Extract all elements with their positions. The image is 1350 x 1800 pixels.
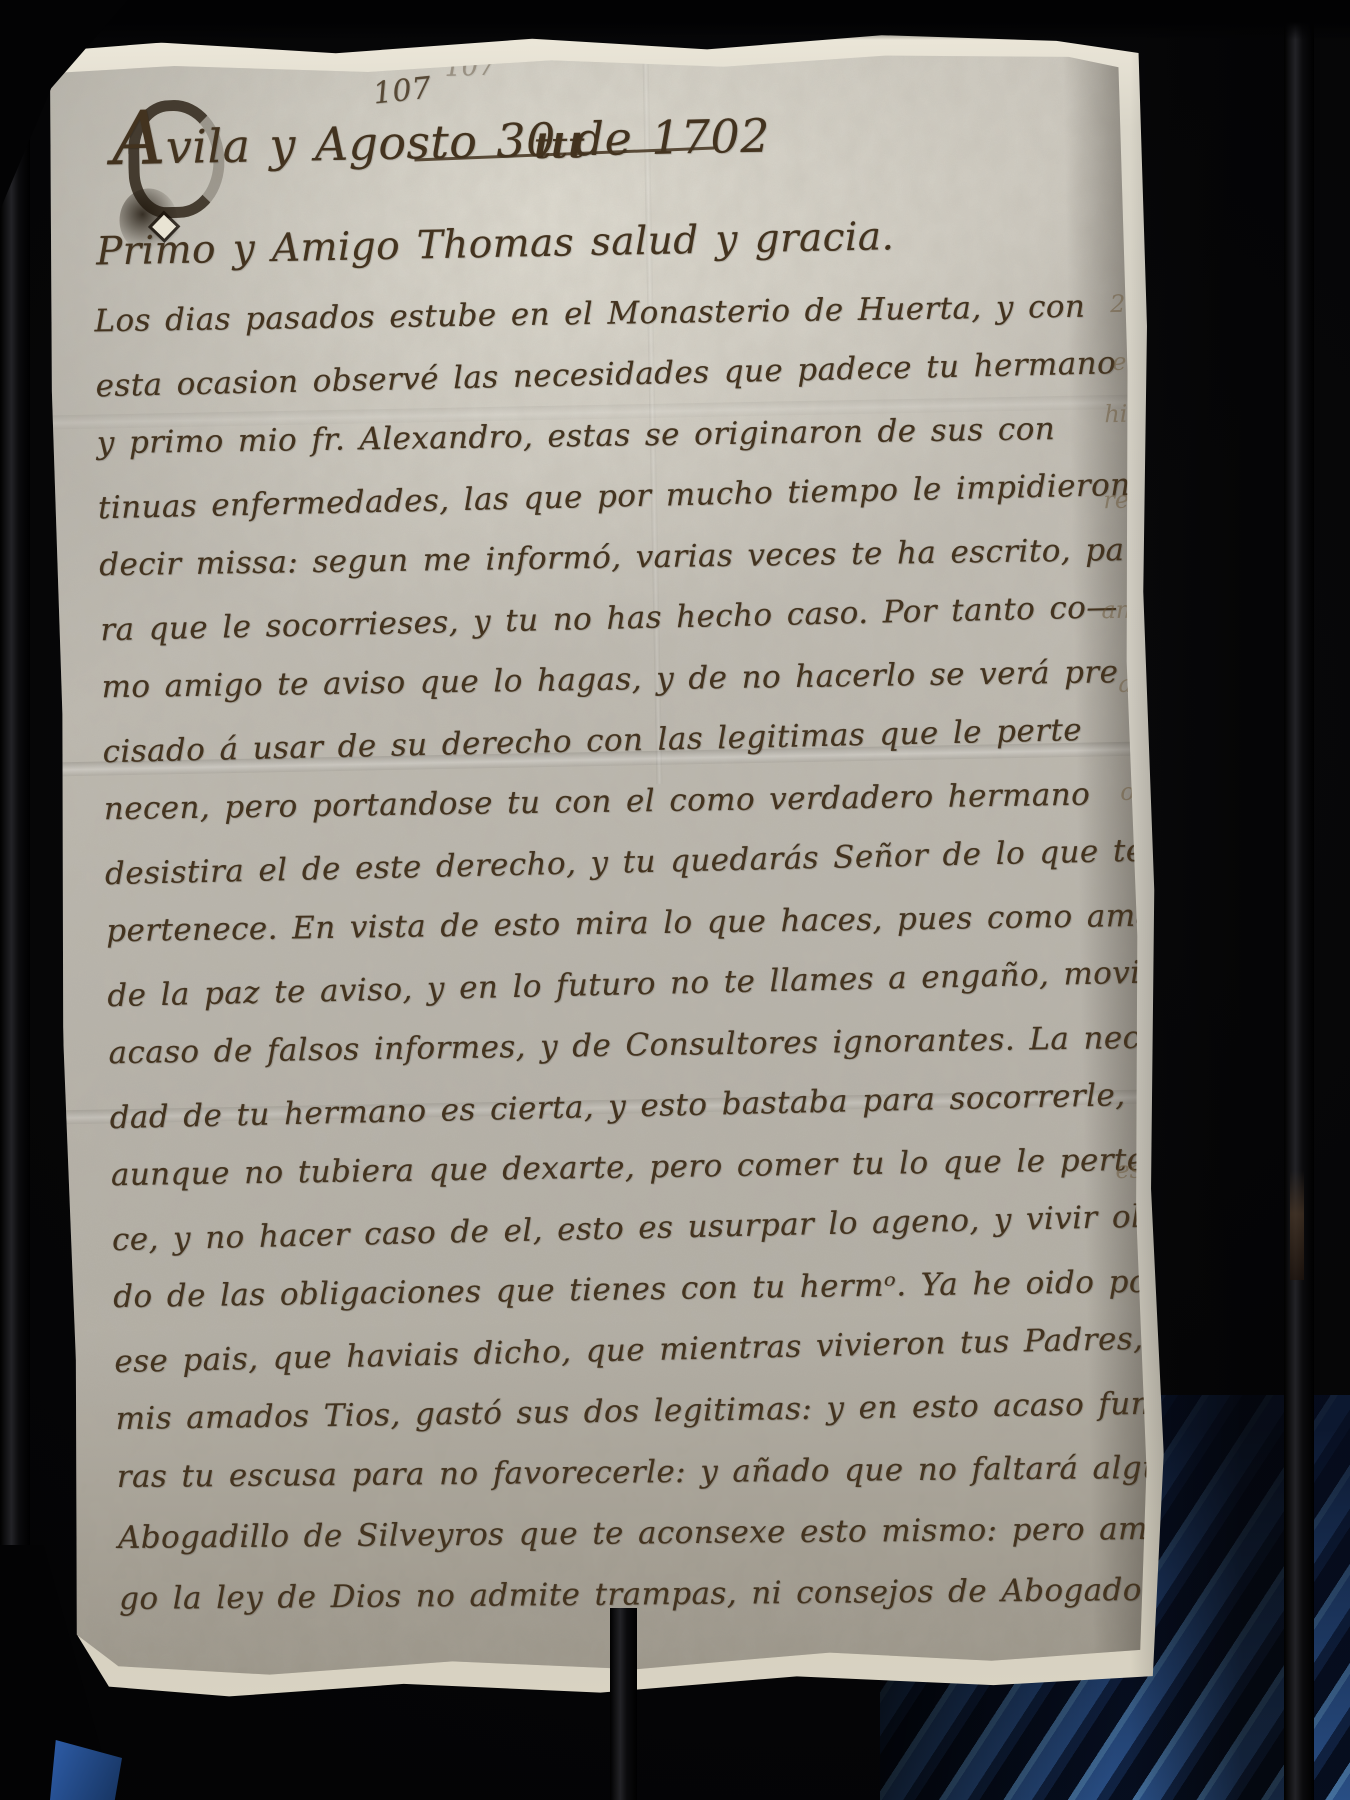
margin-mark: 2 (1110, 290, 1126, 318)
page-number: 107 (371, 71, 433, 112)
margin-mark: hi (1104, 400, 1128, 428)
letter-body: Los dias pasados estube en el Monasterio… (94, 286, 1142, 1647)
photo-scene: 107 107 ttt Avila y Agosto 30 de 1702 Pr… (0, 0, 1350, 1800)
rust-patch (1290, 1170, 1304, 1280)
shadow-right-background (1130, 0, 1290, 1800)
grille-bar-left (0, 0, 30, 1800)
letter-line: ras tu escusa para no favorecerle: y aña… (117, 1450, 1139, 1520)
letter-paper: 107 107 ttt Avila y Agosto 30 de 1702 Pr… (45, 48, 1154, 1683)
letter-line: Abogadillo de Silveyros que te aconsexe … (118, 1511, 1140, 1581)
blue-sliver (50, 1740, 122, 1800)
shadow-top (0, 0, 1350, 40)
grille-bar-right (1284, 0, 1314, 1800)
margin-mark: e (1112, 348, 1127, 376)
grille-bar-bottom-center (610, 1608, 637, 1800)
margin-mark: re (1103, 486, 1129, 514)
